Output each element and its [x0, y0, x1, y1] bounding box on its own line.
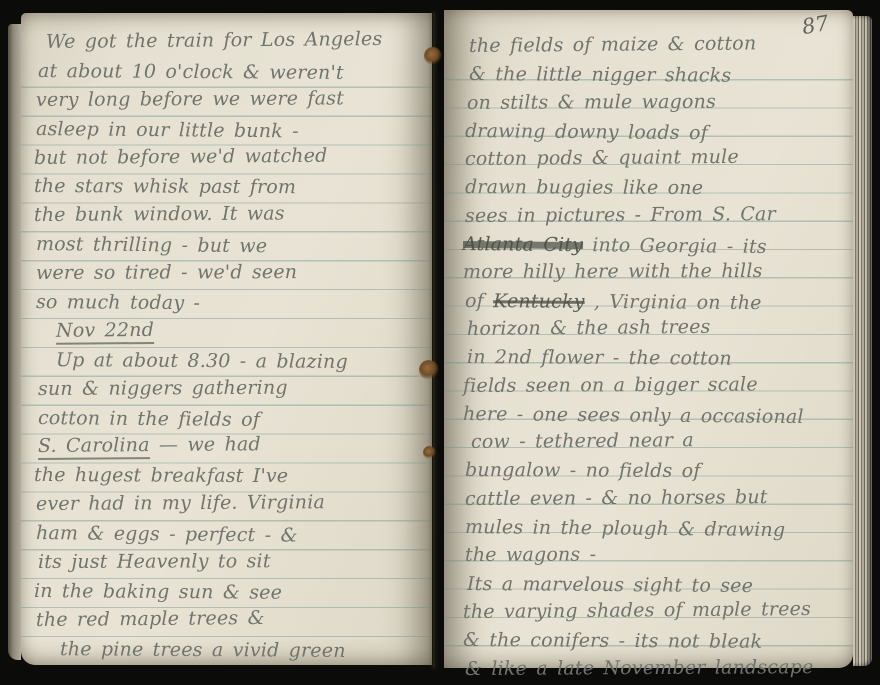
handwriting-text: the pine trees a vivid green [60, 638, 346, 662]
right-page: 87 the fields of maize & cotton& the lit… [444, 10, 853, 668]
notebook-photo: We got the train for Los Angelesat about… [0, 0, 880, 685]
handwriting-text: — we had [150, 434, 261, 457]
handwriting-line: were so tired - we'd seen [34, 258, 430, 288]
handwriting-text: here - one sees only a occasional [463, 403, 804, 428]
handwriting-text: cotton pods & quaint mule [465, 146, 739, 170]
rust-stain [423, 446, 436, 459]
handwriting-line: sun & niggers gathering [34, 373, 430, 404]
handwriting-text: cow - tethered near a [471, 429, 694, 453]
left-page-lines: We got the train for Los Angelesat about… [34, 28, 430, 664]
handwriting-line: Nov 22nd [34, 313, 430, 345]
handwriting-line: the red maple trees & [34, 602, 430, 634]
handwriting-text: more hilly here with the hills [463, 260, 763, 283]
crossed-out-text: Atlanta City [463, 233, 583, 256]
handwriting-text: Its a marvelous sight to see [467, 573, 753, 597]
handwriting-text: the red maple trees & [36, 607, 265, 631]
handwriting-text: bungalow - no fields of [465, 459, 701, 482]
handwriting-text: ham & eggs - perfect - & [36, 522, 298, 547]
handwriting-line: but not before we'd watched [34, 140, 430, 172]
handwriting-text: , Virginia on the [585, 291, 762, 314]
handwriting-text: on stilts & mule wagons [467, 90, 716, 113]
handwriting-text: mules in the plough & drawing [465, 516, 785, 541]
handwriting-line: fields seen on a bigger scale [463, 370, 851, 400]
handwriting-text: very long before we were fast [36, 87, 344, 111]
handwriting-text: most thrilling - but we [36, 233, 267, 257]
handwriting-line: cattle even - & no horses but [463, 482, 851, 513]
handwriting-line: S. Carolina — we had [34, 429, 430, 461]
handwriting-text: cotton in the fields of [38, 407, 260, 431]
handwriting-text: were so tired - we'd seen [36, 261, 297, 284]
handwriting-text: & the little nigger shacks [469, 63, 731, 87]
crossed-out-text: Kentucky [493, 290, 585, 313]
handwriting-line: drawn buggies like one [463, 173, 851, 203]
handwriting-text: We got the train for Los Angeles [46, 28, 383, 53]
handwriting-line: sees in pictures - From S. Car [463, 199, 851, 230]
handwriting-line: bungalow - no fields of [463, 456, 851, 486]
left-page: We got the train for Los Angelesat about… [21, 13, 432, 665]
handwriting-text: Up at about 8.30 - a blazing [56, 349, 348, 373]
handwriting-text: sees in pictures - From S. Car [465, 203, 776, 227]
handwriting-text: at about 10 o'clock & weren't [38, 60, 344, 84]
handwriting-line: very long before we were fast [34, 84, 430, 115]
rust-stain [424, 47, 442, 65]
handwriting-text: drawing downy loads of [465, 120, 708, 144]
handwriting-text: so much today - [36, 291, 200, 314]
handwriting-text: cattle even - & no horses but [465, 486, 768, 510]
handwriting-text: horizon & the ash trees [467, 316, 711, 340]
handwriting-text: into Georgia - its [583, 234, 767, 258]
handwriting-text: & like a late November landscape [465, 656, 814, 680]
handwriting-text: ever had in my life. Virginia [36, 491, 325, 515]
handwriting-text: asleep in our little bunk - [36, 118, 299, 142]
handwriting-line: on stilts & mule wagons [463, 87, 851, 117]
handwriting-line: more hilly here with the hills [463, 257, 851, 287]
handwriting-text: the wagons - [465, 544, 596, 566]
handwriting-line: cow - tethered near a [463, 425, 851, 456]
handwriting-text: & the conifers - its not bleak [463, 629, 762, 653]
handwriting-text: the varying shades of maple trees [463, 598, 811, 623]
handwriting-line: the fields of maize & cotton [463, 29, 851, 61]
handwriting-line: ever had in my life. Virginia [34, 488, 430, 519]
handwriting-text: the fields of maize & cotton [469, 32, 757, 57]
gutter-crease [433, 12, 435, 668]
handwriting-line: & like a late November landscape [463, 652, 851, 682]
handwriting-text: the bunk window. It was [34, 203, 285, 227]
handwriting-text: drawn buggies like one [465, 176, 703, 199]
handwriting-line: the varying shades of maple trees [463, 595, 851, 627]
handwriting-line: the wagons - [463, 540, 851, 570]
underlined-text: S. Carolina [38, 435, 150, 461]
handwriting-text: in the baking sun & see [34, 580, 282, 604]
handwriting-text: its just Heavenly to sit [38, 550, 271, 573]
rust-stain [419, 360, 439, 380]
handwriting-text: but not before we'd watched [34, 144, 328, 168]
handwriting-text: the stars whisk past from [34, 175, 296, 198]
handwriting-line: the pine trees a vivid green [34, 635, 430, 666]
handwriting-line: its just Heavenly to sit [34, 547, 430, 577]
right-page-lines: the fields of maize & cotton& the little… [463, 32, 851, 683]
handwriting-line: horizon & the ash trees [463, 312, 851, 344]
underlined-text: Nov 22nd [56, 319, 154, 345]
handwriting-text: the hugest breakfast I've [34, 464, 288, 487]
handwriting-text: fields seen on a bigger scale [463, 373, 758, 397]
handwriting-text: sun & niggers gathering [38, 376, 288, 399]
handwriting-line: the bunk window. It was [34, 199, 430, 230]
handwriting-text: of [465, 290, 493, 312]
right-page-stack-edge [853, 16, 872, 666]
handwriting-text: in 2nd flower - the cotton [467, 346, 732, 370]
handwriting-line: We got the train for Los Angeles [34, 25, 430, 57]
left-page-stack-edge [8, 24, 21, 660]
handwriting-line: cotton pods & quaint mule [463, 142, 851, 173]
